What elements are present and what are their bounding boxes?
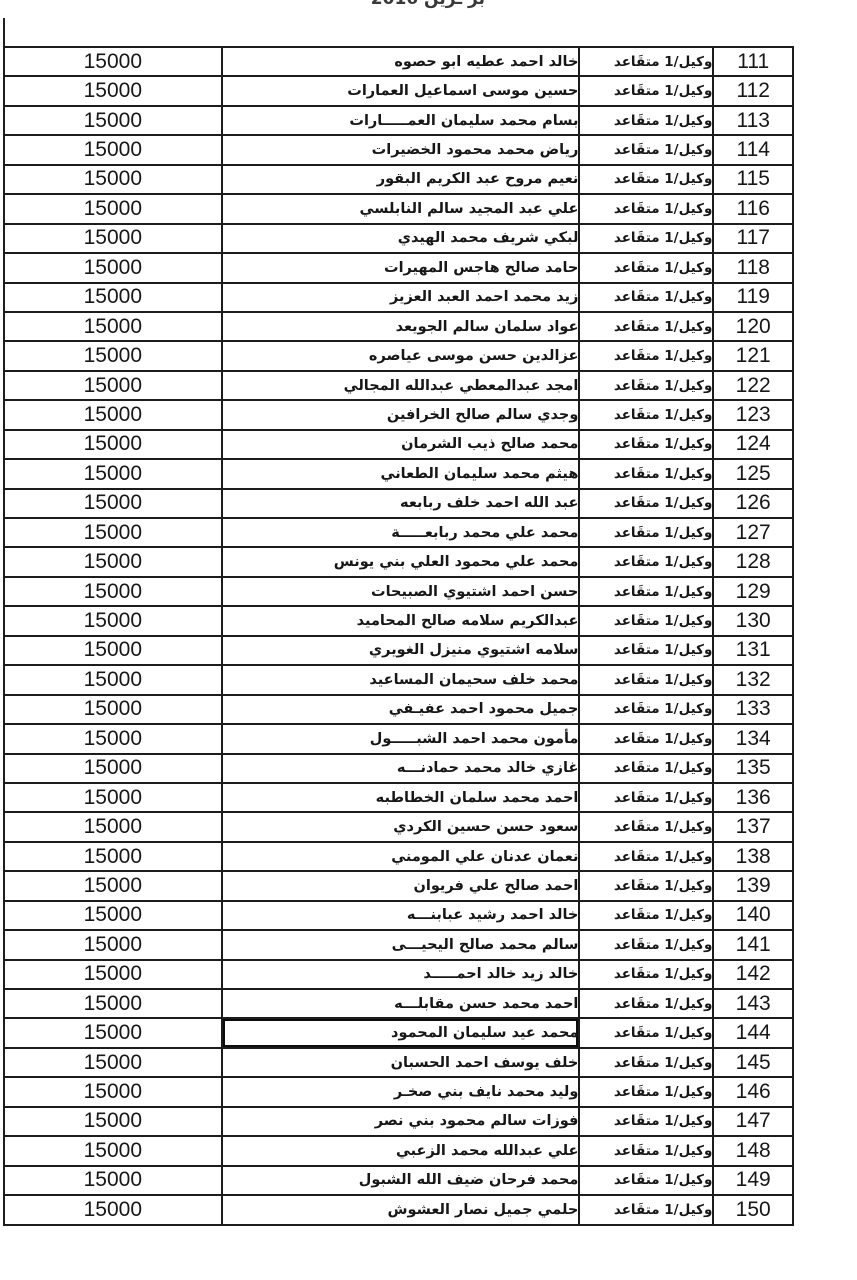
retiree-name-cell: خالد احمد رشيد عبابنـــه (222, 901, 580, 930)
retiree-name-cell: محمد خلف سحيمان المساعيد (222, 665, 580, 694)
amount-cell: 15000 (4, 665, 222, 694)
amount-cell: 15000 (4, 1048, 222, 1077)
roster-table-row: 131 وكيل/1 متقَاعد سلامه اشتيوي منيزل ال… (4, 636, 793, 665)
row-serial-number-cell: 116 (713, 194, 793, 223)
retiree-name-cell: محمد علي محمود العلي بني يونس (222, 547, 580, 576)
amount-cell: 15000 (4, 724, 222, 753)
amount-cell: 15000 (4, 165, 222, 194)
retiree-name-cell: امجد عبدالمعطي عبدالله المجالي (222, 371, 580, 400)
roster-table-row: 137 وكيل/1 متقَاعد سعود حسن حسين الكردي … (4, 812, 793, 841)
amount-cell: 15000 (4, 312, 222, 341)
roster-table-row: 146 وكيل/1 متقَاعد وليد محمد نايف بني صخ… (4, 1077, 793, 1106)
retiree-name-cell: علي عبد المجيد سالم النابلسي (222, 194, 580, 223)
rank-status-cell: وكيل/1 متقَاعد (579, 606, 713, 635)
roster-table-row: 126 وكيل/1 متقَاعد عبد الله احمد خلف ربا… (4, 489, 793, 518)
rank-status-cell: وكيل/1 متقَاعد (579, 135, 713, 164)
roster-table-row: 113 وكيل/1 متقَاعد بسام محمد سليمان العم… (4, 106, 793, 135)
amount-cell: 15000 (4, 871, 222, 900)
rank-status-cell: وكيل/1 متقَاعد (579, 1166, 713, 1195)
rank-status-cell: وكيل/1 متقَاعد (579, 1048, 713, 1077)
roster-table-row: 122 وكيل/1 متقَاعد امجد عبدالمعطي عبدالل… (4, 371, 793, 400)
row-serial-number-cell: 146 (713, 1077, 793, 1106)
rank-status-cell: وكيل/1 متقَاعد (579, 1077, 713, 1106)
amount-cell: 15000 (4, 371, 222, 400)
row-serial-number-cell: 117 (713, 224, 793, 253)
row-serial-number-cell: 136 (713, 783, 793, 812)
row-serial-number-cell: 123 (713, 400, 793, 429)
roster-table-row: 128 وكيل/1 متقَاعد محمد علي محمود العلي … (4, 547, 793, 576)
row-serial-number-cell: 114 (713, 135, 793, 164)
row-serial-number-cell: 140 (713, 901, 793, 930)
retiree-name-cell: عبد الله احمد خلف ربابعه (222, 489, 580, 518)
retiree-name-cell: خالد زيد خالد احمـــــد (222, 960, 580, 989)
retiree-name-cell: خالد احمد عطيه ابو حصوه (222, 47, 580, 76)
amount-cell: 15000 (4, 1018, 222, 1047)
retiree-name-cell: علي عبدالله محمد الزعبي (222, 1136, 580, 1165)
rank-status-cell: وكيل/1 متقَاعد (579, 636, 713, 665)
row-serial-number-cell: 148 (713, 1136, 793, 1165)
amount-cell: 15000 (4, 577, 222, 606)
row-serial-number-cell: 122 (713, 371, 793, 400)
retiree-name-cell: بسام محمد سليمان العمـــــارات (222, 106, 580, 135)
roster-table-row: 149 وكيل/1 متقَاعد محمد فرحان ضيف الله ا… (4, 1166, 793, 1195)
row-serial-number-cell: 118 (713, 253, 793, 282)
rank-status-cell: وكيل/1 متقَاعد (579, 1136, 713, 1165)
roster-table-row: 130 وكيل/1 متقَاعد عبدالكريم سلامه صالح … (4, 606, 793, 635)
row-serial-number-cell: 130 (713, 606, 793, 635)
amount-cell: 15000 (4, 430, 222, 459)
amount-cell: 15000 (4, 47, 222, 76)
amount-cell: 15000 (4, 1195, 222, 1224)
rank-status-cell: وكيل/1 متقَاعد (579, 695, 713, 724)
rank-status-cell: وكيل/1 متقَاعد (579, 989, 713, 1018)
row-serial-number-cell: 133 (713, 695, 793, 724)
amount-cell: 15000 (4, 960, 222, 989)
amount-cell: 15000 (4, 1136, 222, 1165)
rank-status-cell: وكيل/1 متقَاعد (579, 253, 713, 282)
roster-table-row: 112 وكيل/1 متقَاعد حسين موسى اسماعيل الع… (4, 76, 793, 105)
roster-table-row: 114 وكيل/1 متقَاعد رياض محمد محمود الخضي… (4, 135, 793, 164)
amount-cell: 15000 (4, 901, 222, 930)
amount-cell: 15000 (4, 106, 222, 135)
roster-table-row: 141 وكيل/1 متقَاعد سالم محمد صالح اليحيـ… (4, 930, 793, 959)
rank-status-cell: وكيل/1 متقَاعد (579, 165, 713, 194)
roster-table-row: 148 وكيل/1 متقَاعد علي عبدالله محمد الزع… (4, 1136, 793, 1165)
row-serial-number-cell: 126 (713, 489, 793, 518)
roster-table-row: 134 وكيل/1 متقَاعد مأمون محمد احمد الشبـ… (4, 724, 793, 753)
row-serial-number-cell: 113 (713, 106, 793, 135)
roster-table-row: 119 وكيل/1 متقَاعد زيد محمد احمد العبد ا… (4, 283, 793, 312)
retiree-name-cell: لبكي شريف محمد الهيدي (222, 224, 580, 253)
rank-status-cell: وكيل/1 متقَاعد (579, 1195, 713, 1224)
row-serial-number-cell: 150 (713, 1195, 793, 1224)
roster-table-row: 144 وكيل/1 متقَاعد محمد عيد سليمان المحم… (4, 1018, 793, 1047)
row-serial-number-cell: 135 (713, 754, 793, 783)
roster-table-body: 111 وكيل/1 متقَاعد خالد احمد عطيه ابو حص… (4, 47, 793, 1225)
roster-table-row: 118 وكيل/1 متقَاعد حامد صالح هاجس المهير… (4, 253, 793, 282)
amount-cell: 15000 (4, 518, 222, 547)
row-serial-number-cell: 131 (713, 636, 793, 665)
amount-cell: 15000 (4, 459, 222, 488)
row-serial-number-cell: 149 (713, 1166, 793, 1195)
row-serial-number-cell: 145 (713, 1048, 793, 1077)
roster-table-row: 145 وكيل/1 متقَاعد خلف يوسف احمد الحسبان… (4, 1048, 793, 1077)
roster-table-row: 133 وكيل/1 متقَاعد جميل محمود احمد عفيـف… (4, 695, 793, 724)
roster-table-row: 120 وكيل/1 متقَاعد عواد سلمان سالم الجوي… (4, 312, 793, 341)
header-text-fragment: بر ـرين 2016 (371, 0, 485, 9)
retiree-name-cell: احمد محمد حسن مقابلـــه (222, 989, 580, 1018)
retiree-name-cell: وليد محمد نايف بني صخـر (222, 1077, 580, 1106)
row-serial-number-cell: 137 (713, 812, 793, 841)
row-serial-number-cell: 141 (713, 930, 793, 959)
roster-table-row: 125 وكيل/1 متقَاعد هيثم محمد سليمان الطع… (4, 459, 793, 488)
retiree-name-cell: سعود حسن حسين الكردي (222, 812, 580, 841)
amount-cell: 15000 (4, 636, 222, 665)
retiree-name-cell: فوزات سالم محمود بني نصر (222, 1107, 580, 1136)
retiree-name-cell: هيثم محمد سليمان الطعاني (222, 459, 580, 488)
row-serial-number-cell: 127 (713, 518, 793, 547)
retiree-name-cell: احمد صالح علي فريوان (222, 871, 580, 900)
retiree-name-cell: عزالدين حسن موسى عياصره (222, 341, 580, 370)
row-serial-number-cell: 128 (713, 547, 793, 576)
row-serial-number-cell: 125 (713, 459, 793, 488)
rank-status-cell: وكيل/1 متقَاعد (579, 1018, 713, 1047)
rank-status-cell: وكيل/1 متقَاعد (579, 754, 713, 783)
roster-table-row: 111 وكيل/1 متقَاعد خالد احمد عطيه ابو حص… (4, 47, 793, 76)
rank-status-cell: وكيل/1 متقَاعد (579, 283, 713, 312)
amount-cell: 15000 (4, 783, 222, 812)
retiree-name-cell: حامد صالح هاجس المهيرات (222, 253, 580, 282)
amount-cell: 15000 (4, 76, 222, 105)
roster-table-row: 123 وكيل/1 متقَاعد وجدي سالم صالح الخراف… (4, 400, 793, 429)
rank-status-cell: وكيل/1 متقَاعد (579, 930, 713, 959)
amount-cell: 15000 (4, 547, 222, 576)
rank-status-cell: وكيل/1 متقَاعد (579, 783, 713, 812)
row-serial-number-cell: 139 (713, 871, 793, 900)
roster-table-row: 127 وكيل/1 متقَاعد محمد علي محمد ربابعــ… (4, 518, 793, 547)
rank-status-cell: وكيل/1 متقَاعد (579, 400, 713, 429)
rank-status-cell: وكيل/1 متقَاعد (579, 960, 713, 989)
clipped-header-text: بر ـرين 2016 (255, 0, 485, 11)
row-serial-number-cell: 119 (713, 283, 793, 312)
rank-status-cell: وكيل/1 متقَاعد (579, 842, 713, 871)
retiree-name-cell: نعيم مروح عبد الكريم البقور (222, 165, 580, 194)
retiree-name-cell: خلف يوسف احمد الحسبان (222, 1048, 580, 1077)
scanned-document-page: بر ـرين 2016 111 وكيل/1 متقَاعد خالد احم… (0, 0, 857, 1280)
amount-cell: 15000 (4, 842, 222, 871)
rank-status-cell: وكيل/1 متقَاعد (579, 312, 713, 341)
rank-status-cell: وكيل/1 متقَاعد (579, 371, 713, 400)
amount-cell: 15000 (4, 135, 222, 164)
rank-status-cell: وكيل/1 متقَاعد (579, 1107, 713, 1136)
roster-table-row: 136 وكيل/1 متقَاعد احمد محمد سلمان الخطا… (4, 783, 793, 812)
retiree-name-cell: احمد محمد سلمان الخطاطبه (222, 783, 580, 812)
retiree-name-cell: حسين موسى اسماعيل العمارات (222, 76, 580, 105)
rank-status-cell: وكيل/1 متقَاعد (579, 47, 713, 76)
rank-status-cell: وكيل/1 متقَاعد (579, 106, 713, 135)
retiree-name-cell: عبدالكريم سلامه صالح المحاميد (222, 606, 580, 635)
retiree-name-cell: محمد علي محمد ربابعـــــة (222, 518, 580, 547)
rank-status-cell: وكيل/1 متقَاعد (579, 76, 713, 105)
row-serial-number-cell: 142 (713, 960, 793, 989)
row-serial-number-cell: 129 (713, 577, 793, 606)
row-serial-number-cell: 111 (713, 47, 793, 76)
amount-cell: 15000 (4, 1107, 222, 1136)
row-serial-number-cell: 112 (713, 76, 793, 105)
rank-status-cell: وكيل/1 متقَاعد (579, 224, 713, 253)
rank-status-cell: وكيل/1 متقَاعد (579, 812, 713, 841)
rank-status-cell: وكيل/1 متقَاعد (579, 459, 713, 488)
row-serial-number-cell: 115 (713, 165, 793, 194)
retiree-name-cell: محمد عيد سليمان المحمود (222, 1018, 580, 1047)
amount-cell: 15000 (4, 989, 222, 1018)
roster-table-row: 129 وكيل/1 متقَاعد حسن احمد اشتيوي الصبي… (4, 577, 793, 606)
roster-table-row: 135 وكيل/1 متقَاعد غازي خالد محمد حمادنـ… (4, 754, 793, 783)
roster-table-row: 140 وكيل/1 متقَاعد خالد احمد رشيد عبابنـ… (4, 901, 793, 930)
retiree-name-cell: نعمان عدنان علي المومني (222, 842, 580, 871)
row-serial-number-cell: 134 (713, 724, 793, 753)
roster-table-row: 142 وكيل/1 متقَاعد خالد زيد خالد احمــــ… (4, 960, 793, 989)
retiree-name-cell: سالم محمد صالح اليحيـــى (222, 930, 580, 959)
rank-status-cell: وكيل/1 متقَاعد (579, 194, 713, 223)
retiree-name-cell: زيد محمد احمد العبد العزيز (222, 283, 580, 312)
roster-table-row: 150 وكيل/1 متقَاعد حلمي جميل نصار العشوش… (4, 1195, 793, 1224)
retirees-roster-table: 111 وكيل/1 متقَاعد خالد احمد عطيه ابو حص… (3, 46, 794, 1226)
amount-cell: 15000 (4, 754, 222, 783)
amount-cell: 15000 (4, 283, 222, 312)
roster-table-row: 115 وكيل/1 متقَاعد نعيم مروح عبد الكريم … (4, 165, 793, 194)
row-serial-number-cell: 144 (713, 1018, 793, 1047)
roster-table-row: 116 وكيل/1 متقَاعد علي عبد المجيد سالم ا… (4, 194, 793, 223)
amount-cell: 15000 (4, 930, 222, 959)
rank-status-cell: وكيل/1 متقَاعد (579, 430, 713, 459)
row-serial-number-cell: 143 (713, 989, 793, 1018)
amount-cell: 15000 (4, 194, 222, 223)
rank-status-cell: وكيل/1 متقَاعد (579, 901, 713, 930)
roster-table-row: 138 وكيل/1 متقَاعد نعمان عدنان علي الموم… (4, 842, 793, 871)
retiree-name-cell: غازي خالد محمد حمادنـــه (222, 754, 580, 783)
roster-table-row: 121 وكيل/1 متقَاعد عزالدين حسن موسى عياص… (4, 341, 793, 370)
rank-status-cell: وكيل/1 متقَاعد (579, 665, 713, 694)
amount-cell: 15000 (4, 400, 222, 429)
rank-status-cell: وكيل/1 متقَاعد (579, 577, 713, 606)
amount-cell: 15000 (4, 489, 222, 518)
row-serial-number-cell: 147 (713, 1107, 793, 1136)
retiree-name-cell: وجدي سالم صالح الخرافين (222, 400, 580, 429)
roster-table-row: 139 وكيل/1 متقَاعد احمد صالح علي فريوان … (4, 871, 793, 900)
retiree-name-cell: جميل محمود احمد عفيـفي (222, 695, 580, 724)
retiree-name-cell: سلامه اشتيوي منيزل الغويري (222, 636, 580, 665)
rank-status-cell: وكيل/1 متقَاعد (579, 724, 713, 753)
amount-cell: 15000 (4, 224, 222, 253)
retiree-name-cell: حسن احمد اشتيوي الصبيحات (222, 577, 580, 606)
roster-table-row: 132 وكيل/1 متقَاعد محمد خلف سحيمان المسا… (4, 665, 793, 694)
table-left-border-stub (3, 18, 5, 48)
amount-cell: 15000 (4, 812, 222, 841)
retiree-name-cell: عواد سلمان سالم الجويعد (222, 312, 580, 341)
rank-status-cell: وكيل/1 متقَاعد (579, 547, 713, 576)
amount-cell: 15000 (4, 253, 222, 282)
row-serial-number-cell: 124 (713, 430, 793, 459)
amount-cell: 15000 (4, 1166, 222, 1195)
rank-status-cell: وكيل/1 متقَاعد (579, 341, 713, 370)
retiree-name-cell: حلمي جميل نصار العشوش (222, 1195, 580, 1224)
row-serial-number-cell: 138 (713, 842, 793, 871)
rank-status-cell: وكيل/1 متقَاعد (579, 518, 713, 547)
amount-cell: 15000 (4, 695, 222, 724)
rank-status-cell: وكيل/1 متقَاعد (579, 489, 713, 518)
roster-table-row: 124 وكيل/1 متقَاعد محمد صالح ذيب الشرمان… (4, 430, 793, 459)
row-serial-number-cell: 132 (713, 665, 793, 694)
retiree-name-cell: رياض محمد محمود الخضيرات (222, 135, 580, 164)
roster-table-row: 117 وكيل/1 متقَاعد لبكي شريف محمد الهيدي… (4, 224, 793, 253)
amount-cell: 15000 (4, 606, 222, 635)
retiree-name-cell: محمد فرحان ضيف الله الشبول (222, 1166, 580, 1195)
row-serial-number-cell: 120 (713, 312, 793, 341)
amount-cell: 15000 (4, 341, 222, 370)
roster-table-row: 147 وكيل/1 متقَاعد فوزات سالم محمود بني … (4, 1107, 793, 1136)
rank-status-cell: وكيل/1 متقَاعد (579, 871, 713, 900)
retiree-name-cell: مأمون محمد احمد الشبـــــول (222, 724, 580, 753)
roster-table-row: 143 وكيل/1 متقَاعد احمد محمد حسن مقابلــ… (4, 989, 793, 1018)
amount-cell: 15000 (4, 1077, 222, 1106)
retiree-name-cell: محمد صالح ذيب الشرمان (222, 430, 580, 459)
row-serial-number-cell: 121 (713, 341, 793, 370)
